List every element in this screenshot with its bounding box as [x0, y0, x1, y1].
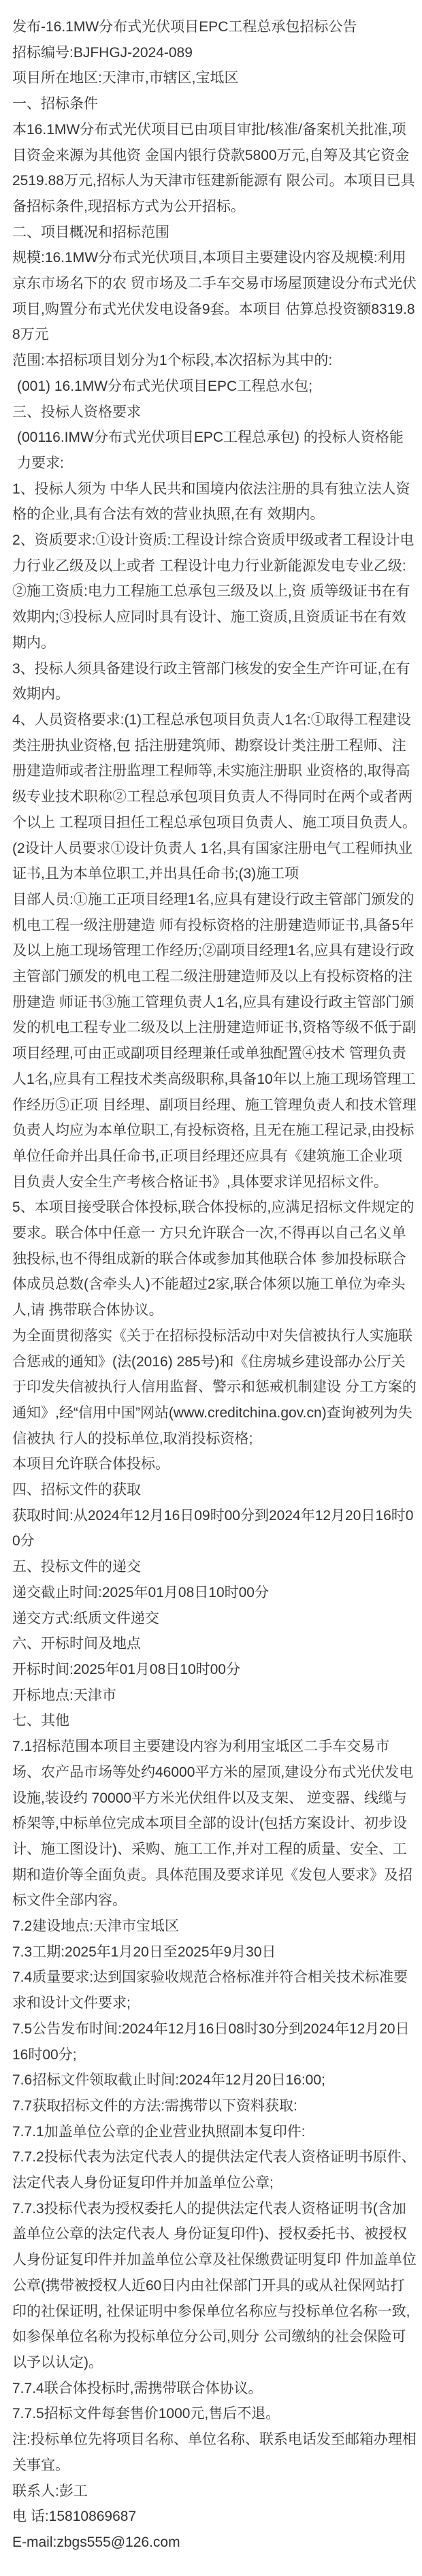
tender-announcement-document: 发布-16.1MW分布式光伏项目EPC工程总承包招标公告 招标编号:BJFHGJ… [0, 0, 422, 2576]
section-heading-bid-opening: 六、开标时间及地点 [12, 1631, 417, 1657]
paragraph: 7.3工期:2025年1月20日至2025年9月30日 [12, 1939, 417, 1965]
paragraph: 规模:16.1MW分布式光伏项目,本项目主要建设内容及规模:利用京东市场名下的农… [12, 245, 417, 348]
section-heading-tender-conditions: 一、招标条件 [12, 91, 417, 117]
paragraph: 5、本项目接受联合体投标,联合体投标的,应满足招标文件规定的要求。联合体中任意一… [12, 1195, 417, 1323]
paragraph: 7.6招标文件领取截止时间:2024年12月20日16:00; [12, 2067, 417, 2093]
contact-phone-line: 电 话:15810869687 [12, 2504, 417, 2530]
paragraph: 为全面贯彻落实《关于在招标投标活动中对失信被执行人实施联合惩戒的通知》(法(20… [12, 1323, 417, 1452]
paragraph: 递交方式:纸质文件递交 [12, 1606, 417, 1632]
section-heading-others: 七、其他 [12, 1708, 417, 1734]
paragraph: 7.2建设地点:天津市宝坻区 [12, 1914, 417, 1939]
paragraph: 7.7.4联合体投标时,需携带联合体协议。 [12, 2376, 417, 2402]
paragraph: 7.7.3投标代表为授权委托人的提供法定代表人资格证明书(含加盖单位公章的法定代… [12, 2196, 417, 2376]
paragraph: 7.7.2投标代表为法定代表人的提供法定代表人资格证明书原件、法定代表人身份证复… [12, 2144, 417, 2195]
paragraph: 递交截止时间:2025年01月08日10时00分 [12, 1580, 417, 1606]
paragraph: 开标地点:天津市 [12, 1683, 417, 1709]
section-heading-bid-submission: 五、投标文件的递交 [12, 1554, 417, 1580]
paragraph: 1、投标人须为 中华人民共和国境内依法注册的具有独立法人资格的企业,具有合法有效… [12, 477, 417, 528]
paragraph: (00116.IMW分布式光伏项目EPC工程总承包) 的投标人资格能力要求: [12, 425, 417, 476]
paragraph: 7.7.5招标文件每套售价1000元,售后不退。 [12, 2401, 417, 2427]
section-heading-bidder-qualifications: 三、投标人资格要求 [12, 400, 417, 425]
paragraph: 2、资质要求:①设计资质:工程设计综合资质甲级或者工程设计电力行业乙级及以上或者… [12, 528, 417, 656]
contact-email-line: E-mail:zbgs555@126.com [12, 2530, 417, 2556]
paragraph: 3、投标人须具备建设行政主管部门核发的安全生产许可证,在有效期内。 [12, 656, 417, 707]
paragraph: 4、人员资格要求:(1)工程总承包项目负责人1名:①取得工程建设类注册执业资格,… [12, 707, 417, 887]
paragraph: 本项目允许联合体投标。 [12, 1451, 417, 1477]
paragraph: 获取时间:从2024年12月16日09时00分到2024年12月20日16时00… [12, 1503, 417, 1554]
page-title: 发布-16.1MW分布式光伏项目EPC工程总承包招标公告 [12, 14, 417, 40]
contact-person-line: 联系人:彭工 [12, 2479, 417, 2505]
paragraph: 目部人员:①施工正项目经理1名,应具有建设行政主管部门颁发的机电工程一级注册建造… [12, 887, 417, 1195]
paragraph: 本16.1MW分布式光伏项目已由项目审批/核准/备案机关批准,项目资金来源为其他… [12, 117, 417, 220]
paragraph: 范围:本招标项目划分为1个标段,本次招标为其中的: [12, 348, 417, 374]
project-location-line: 项目所在地区:天津市,市辖区,宝坻区 [12, 65, 417, 91]
paragraph: 7.1招标范围本项目主要建设内容为利用宝坻区二手车交易市场、农产品市场等处约46… [12, 1734, 417, 1914]
lot-item: (001) 16.1MW分布式光伏项目EPC工程总水包; [12, 374, 417, 400]
section-heading-project-overview: 二、项目概况和招标范围 [12, 220, 417, 246]
paragraph: 7.7.1加盖单位公章的企业营业执照副本复印件: [12, 2119, 417, 2145]
tender-number-line: 招标编号:BJFHGJ-2024-089 [12, 40, 417, 66]
note-line: 注:投标单位先将项目名称、单位名称、联系电话发至邮箱办理相关事宜。 [12, 2427, 417, 2478]
section-heading-document-acquisition: 四、招标文件的获取 [12, 1477, 417, 1503]
paragraph: 开标时间:2025年01月08日10时00分 [12, 1657, 417, 1683]
paragraph: 7.7获取招标文件的方法:需携带以下资料获取: [12, 2093, 417, 2119]
paragraph: 7.4质量要求:达到国家验收规范合格标准并符合相关技术标准要求和设计文件要求; [12, 1965, 417, 2016]
